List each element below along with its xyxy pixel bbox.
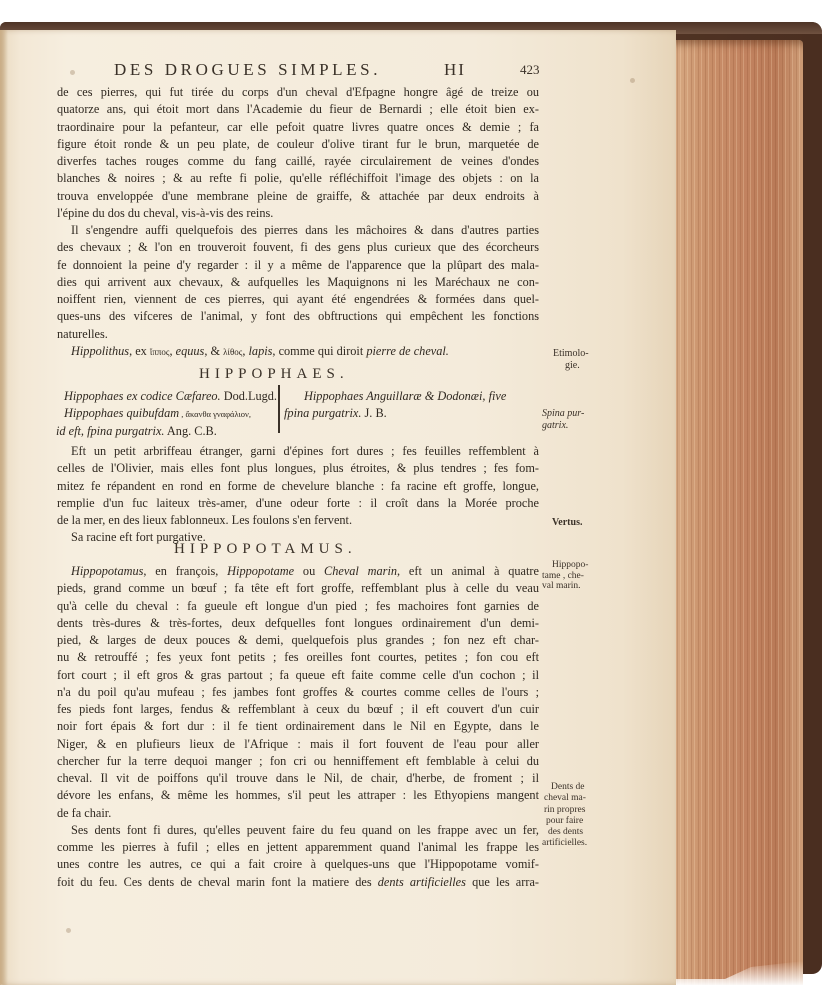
synonyms-left-column: Hippophaes ex codice Cæfareo. Dod.Lugd. … [64,388,277,440]
margin-note-hippopotame: Hippopo- tame , che- val marin. [542,560,588,592]
column-rule [278,385,280,433]
paper-spot [70,70,75,75]
text-line: pieds, grand comme un bœuf ; fa tête eft… [57,580,539,597]
ampersand: & [211,344,221,358]
margin-note-artificial-teeth: Dents de cheval ma- rin propres pour fai… [544,782,587,850]
margin-note-line: rin propres [544,805,587,816]
margin-note-line: gie. [551,360,589,372]
emphasized-term: dents artificielles [378,875,466,889]
text-line: noiffent rien, viennent de ces pierres, … [57,291,539,308]
text-line: noir fort épais & fort dur : il fe tient… [57,718,539,735]
synonym-italic: id eft, fpina purgatrix. [56,424,165,438]
text-line: Ses dents font fi dures, qu'elles peuven… [57,822,539,839]
text-fragment: , ex [129,344,147,358]
text-line: qu'à celle du cheval : fa gueule eft lon… [57,598,539,615]
text-line: dévore les enfans, & même les hommes, s'… [57,787,539,804]
synonym-source: , ἄκανθα γναφάλιον, [179,409,251,419]
text-line: ques-uns des vifceres de l'animal, y fon… [57,308,539,325]
margin-note-line: des dents [544,827,587,838]
margin-note-virtues: Vertus. [552,517,582,529]
text-line: de fa chair. [57,805,539,822]
margin-note-line: pour faire [544,816,587,827]
paragraph-stone-description: de ces pierres, qui fut tirée du corps d… [57,84,539,222]
signature-mark: HI [444,60,466,80]
latin-term: equus [176,344,205,358]
greek-term: λίθος [223,347,242,357]
margin-note-line: Spina pur- [542,408,584,420]
text-fragment: , eft un animal à quatre [397,564,539,578]
text-line: Niger, & en plufieurs lieux de l'Afrique… [57,736,539,753]
synonym-line: Hippophaes quibufdam , ἄκανθα γναφάλιον, [64,405,277,423]
text-line: unes contre les autres, ce qui a fait cr… [57,856,539,873]
text-line: cheval. Il vit de poiffons qu'il trouve … [57,770,539,787]
text-line: fort court ; il eft gros & gras partout … [57,667,539,684]
synonym-line: id eft, fpina purgatrix. Ang. C.B. [56,423,277,440]
synonym-line: fpina purgatrix. J. B. [284,405,506,422]
synonym-line: Hippophaes ex codice Cæfareo. Dod.Lugd. [64,388,277,405]
text-line: celles de l'Olivier, mais elles font plu… [57,460,539,477]
synonym-line: Hippophaes Anguillaræ & Dodonæi, five [304,388,506,405]
text-line: Eft un petit arbriffeau étranger, garni … [57,443,539,460]
text-fragment: foit du feu. Ces dents de cheval marin f… [57,875,372,889]
synonym-source: Dod.Lugd. [221,389,277,403]
synonym-source: Ang. C.B. [165,424,217,438]
text-line: dies qui arrivent aux chevaux, & aufquel… [57,274,539,291]
text-line: Hippolithus, ex ἵππος, equus, & λίθος, l… [57,343,539,361]
text-line: quatorze ans, qui étoit mort dans l'Acad… [57,101,539,118]
text-line: chercher fur la terre dequoi manger ; fo… [57,753,539,770]
synonym-italic: Hippophaes quibufdam [64,406,179,420]
margin-note-line: artificielles. [542,838,587,849]
text-line: nu & retrouffé ; fes yeux font petits ; … [57,649,539,666]
text-line: traordinaire pour la pefanteur, car elle… [57,119,539,136]
margin-note-line: cheval ma- [544,793,587,804]
text-line: pied, & larges de deux pouces & demi, qu… [57,632,539,649]
text-fragment: que les arra- [472,875,539,889]
page-block-fore-edge [673,40,803,985]
running-head-title: DES DROGUES SIMPLES. [114,60,381,80]
text-line: Hippopotamus, en françois, Hippopotame o… [57,563,539,580]
margin-note-line: tame , che- [542,571,588,582]
page-number: 423 [520,62,540,78]
text-line: diverfes taches rouges comme du fang cai… [57,153,539,170]
margin-note-line: Etimolo- [551,348,589,360]
text-line: de ces pierres, qui fut tirée du corps d… [57,84,539,101]
text-line: comme les pierres à fufil ; elles en jet… [57,839,539,856]
margin-note-line: Dents de [544,782,587,793]
margin-note-line: Hippopo- [542,560,588,571]
text-line: dents très-dures & très-fortes, deux def… [57,615,539,632]
text-fragment: , comme qui diroit [272,344,363,358]
entry-heading-hippophaes: HIPPOPHAES. [199,366,349,383]
etymology-line: Hippolithus, ex ἵππος, equus, & λίθος, l… [57,343,539,361]
text-line: blanches & noires ; & au refte fi polie,… [57,170,539,187]
synonym-italic: Hippophaes ex codice Cæfareo. [64,389,221,403]
latin-term: lapis [249,344,273,358]
margin-note-line: Vertus. [552,517,582,529]
paragraph-horse-stones: Il s'engendre auffi quelquefois des pier… [57,222,539,343]
text-line: foit du feu. Ces dents de cheval marin f… [57,874,539,891]
latin-term: Hippopotamus [71,564,143,578]
text-line: l'épine du dos du cheval, vis-à-vis des … [57,205,539,222]
text-line: trouva enveloppée d'une membrane pleine … [57,188,539,205]
text-line: mitez fe répandent en rond en forme de c… [57,478,539,495]
text-line: n'a du poil qu'au mufeau ; fes jambes fo… [57,684,539,701]
text-line: figure étoit ronde & un peu plate, de co… [57,136,539,153]
synonym-italic: Hippophaes Anguillaræ & Dodonæi, five [304,389,506,403]
latin-term: Hippolithus [71,344,129,358]
synonym-italic: fpina purgatrix. [284,406,361,420]
text-fragment: , en françois, [143,564,218,578]
paragraph-hippopotamus: Hippopotamus, en françois, Hippopotame o… [57,563,539,891]
margin-note-etymology: Etimolo- gie. [551,348,589,371]
text-line: remplie d'un fuc laiteux très-amer, d'un… [57,495,539,512]
margin-note-spina-purgatrix: Spina pur- gatrix. [542,408,584,431]
text-line: fes pieds font larges, fendus & reffembl… [57,701,539,718]
paper-spot [630,78,635,83]
french-term: Cheval marin [324,564,397,578]
entry-heading-hippopotamus: HIPPOPOTAMUS. [174,541,357,558]
margin-note-line: gatrix. [542,420,584,432]
synonym-source: J. B. [361,406,386,420]
text-line: de la mer, en des lieux fablonneux. Les … [57,512,539,529]
text-line: fe donnoient la peine d'y regarder : il … [57,257,539,274]
synonyms-right-column: Hippophaes Anguillaræ & Dodonæi, five fp… [284,388,506,422]
greek-term: ἵππος [150,347,170,357]
running-head: DES DROGUES SIMPLES. HI 423 [114,60,564,84]
french-term: Hippopotame [227,564,294,578]
text-line: Il s'engendre auffi quelquefois des pier… [57,222,539,239]
text-line: naturelles. [57,326,539,343]
french-gloss: pierre de cheval. [366,344,449,358]
paragraph-hippophaes: Eft un petit arbriffeau étranger, garni … [57,443,539,547]
text-fragment: ou [303,564,315,578]
text-line: des chevaux ; & l'on en trouveroit fouve… [57,239,539,256]
paper-spot [66,928,71,933]
margin-note-line: val marin. [542,581,588,592]
